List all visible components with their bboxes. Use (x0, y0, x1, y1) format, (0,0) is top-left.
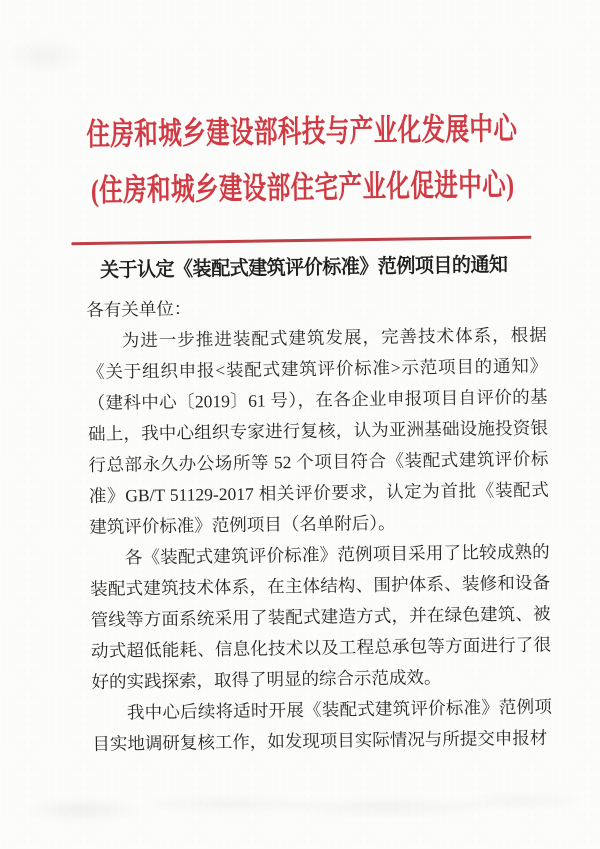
body-paragraph: 我中心后续将适时开展《装配式建筑评价标准》范例项目实地调研复核工作，如发现项目实… (92, 692, 553, 760)
letterhead-line2: (住房和城乡建设部住宅产业化促进中心) (74, 157, 531, 219)
letterhead-line1: 住房和城乡建设部科技与产业化发展中心 (73, 101, 530, 163)
reverse-side-bleed-through (15, 778, 580, 836)
document-content: 住房和城乡建设部科技与产业化发展中心 (住房和城乡建设部住宅产业化促进中心) 关… (0, 0, 600, 761)
letterhead: 住房和城乡建设部科技与产业化发展中心 (住房和城乡建设部住宅产业化促进中心) (0, 0, 600, 220)
document-title: 关于认定《装配式建筑评价标准》范例项目的通知 (19, 247, 589, 284)
red-divider-rule (71, 236, 531, 245)
scanned-document-page: 住房和城乡建设部科技与产业化发展中心 (住房和城乡建设部住宅产业化促进中心) 关… (0, 0, 600, 849)
body-paragraph: 为进一步推进装配式建筑发展，完善技术体系，根据《关于组织申报<装配式建筑评价标准… (87, 320, 550, 543)
body-paragraph: 各《装配式建筑评价标准》范例项目采用了比较成熟的装配式建筑技术体系，在主体结构、… (90, 537, 552, 698)
document-body: 各有关单位： 为进一步推进装配式建筑发展，完善技术体系，根据《关于组织申报<装配… (86, 289, 552, 760)
